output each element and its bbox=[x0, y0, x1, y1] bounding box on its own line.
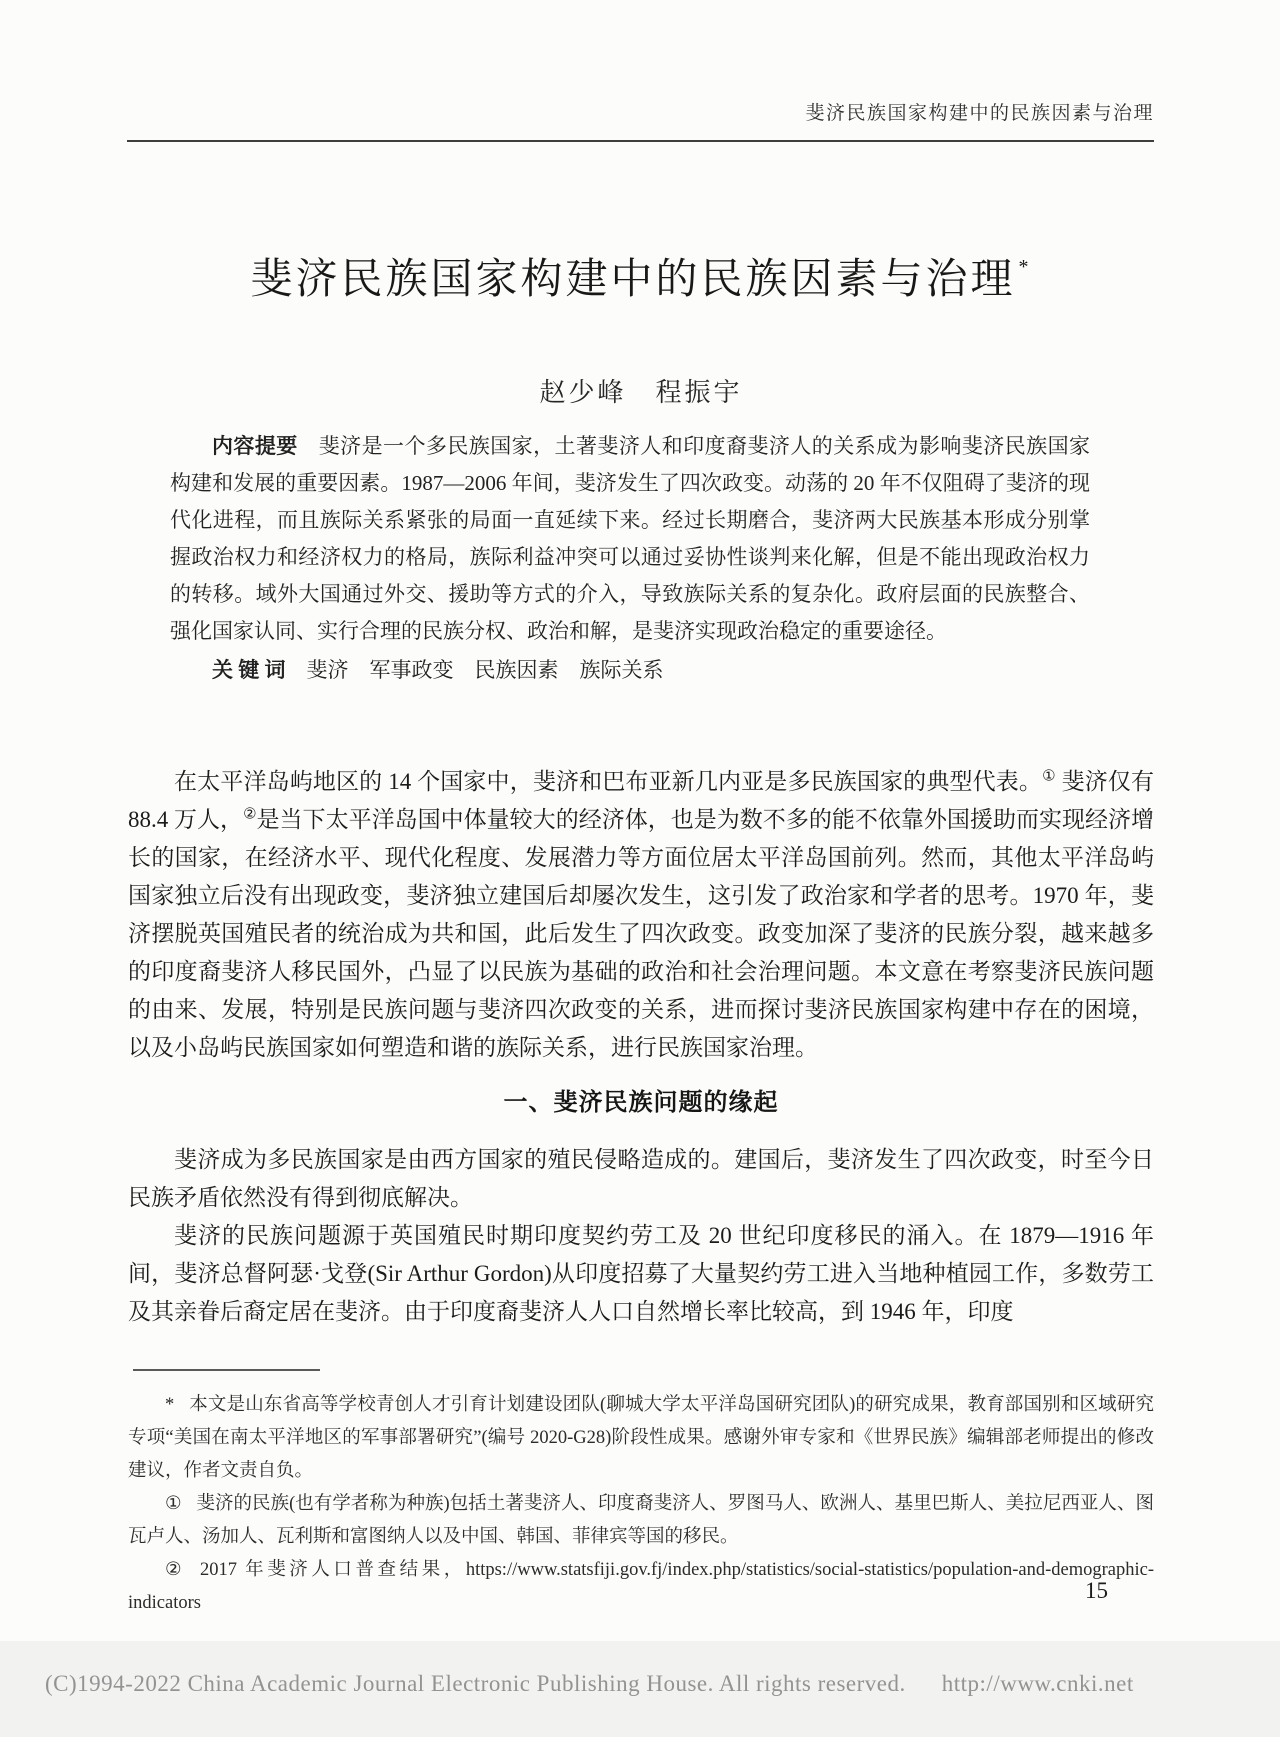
footnote-1: ①斐济的民族(也有学者称为种族)包括土著斐济人、印度裔斐济人、罗图马人、欧洲人、… bbox=[128, 1488, 1154, 1554]
abstract-paragraph: 内容提要斐济是一个多民族国家，土著斐济人和印度裔斐济人的关系成为影响斐济民族国家… bbox=[170, 428, 1090, 650]
page-number: 15 bbox=[128, 1578, 1108, 1604]
intro-seg1: 在太平洋岛屿地区的 14 个国家中，斐济和巴布亚新几内亚是多民族国家的典型代表。 bbox=[174, 769, 1042, 794]
abstract-text: 斐济是一个多民族国家，土著斐济人和印度裔斐济人的关系成为影响斐济民族国家构建和发… bbox=[170, 434, 1090, 643]
footer-copyright: (C)1994-2022 China Academic Journal Elec… bbox=[45, 1671, 906, 1696]
title-footnote-marker: * bbox=[1019, 256, 1032, 278]
footnote-1-marker: ① bbox=[165, 1494, 182, 1514]
section1-paragraph-2: 斐济的民族问题源于英国殖民时期印度契约劳工及 20 世纪印度移民的涌入。在 18… bbox=[128, 1217, 1154, 1331]
header-rule bbox=[127, 140, 1154, 142]
footnote-star: *本文是山东省高等学校青创人才引育计划建设团队(聊城大学太平洋岛国研究团队)的研… bbox=[128, 1389, 1154, 1488]
intro-seg3: 是当下太平洋岛国中体量较大的经济体，也是为数不多的能不依靠外国援助而实现经济增长… bbox=[128, 807, 1154, 1060]
footer-url: http://www.cnki.net bbox=[942, 1671, 1134, 1696]
footnote-ref-2: ② bbox=[243, 806, 256, 822]
footnote-1-text: 斐济的民族(也有学者称为种族)包括土著斐济人、印度裔斐济人、罗图马人、欧洲人、基… bbox=[128, 1494, 1154, 1547]
section1-paragraph-1: 斐济成为多民族国家是由西方国家的殖民侵略造成的。建国后，斐济发生了四次政变，时至… bbox=[128, 1141, 1154, 1217]
article-title: 斐济民族国家构建中的民族因素与治理* bbox=[128, 246, 1154, 306]
keywords-label: 关 键 词 bbox=[212, 658, 286, 682]
footnote-2-marker: ② bbox=[165, 1560, 185, 1580]
keywords-line: 关 键 词斐济 军事政变 民族因素 族际关系 bbox=[170, 652, 1090, 689]
footnote-star-marker: * bbox=[165, 1395, 174, 1415]
article-body: 在太平洋岛屿地区的 14 个国家中，斐济和巴布亚新几内亚是多民族国家的典型代表。… bbox=[128, 763, 1154, 1331]
footer-band: (C)1994-2022 China Academic Journal Elec… bbox=[0, 1641, 1280, 1737]
authors: 赵少峰 程振宇 bbox=[128, 372, 1154, 409]
footer-line: (C)1994-2022 China Academic Journal Elec… bbox=[45, 1671, 1134, 1697]
section1-heading: 一、斐济民族问题的缘起 bbox=[128, 1084, 1154, 1122]
footnote-star-text: 本文是山东省高等学校青创人才引育计划建设团队(聊城大学太平洋岛国研究团队)的研究… bbox=[128, 1395, 1154, 1481]
footnote-ref-1: ① bbox=[1042, 768, 1056, 784]
keywords-text: 斐济 军事政变 民族因素 族际关系 bbox=[307, 658, 664, 682]
footnote-separator bbox=[133, 1369, 320, 1371]
abstract-label: 内容提要 bbox=[212, 434, 298, 458]
journal-page: 斐济民族国家构建中的民族因素与治理 斐济民族国家构建中的民族因素与治理* 赵少峰… bbox=[0, 0, 1280, 1737]
running-head: 斐济民族国家构建中的民族因素与治理 bbox=[128, 98, 1154, 125]
article-title-text: 斐济民族国家构建中的民族因素与治理 bbox=[250, 257, 1015, 303]
intro-paragraph: 在太平洋岛屿地区的 14 个国家中，斐济和巴布亚新几内亚是多民族国家的典型代表。… bbox=[128, 763, 1154, 1067]
abstract-block: 内容提要斐济是一个多民族国家，土著斐济人和印度裔斐济人的关系成为影响斐济民族国家… bbox=[170, 428, 1090, 689]
